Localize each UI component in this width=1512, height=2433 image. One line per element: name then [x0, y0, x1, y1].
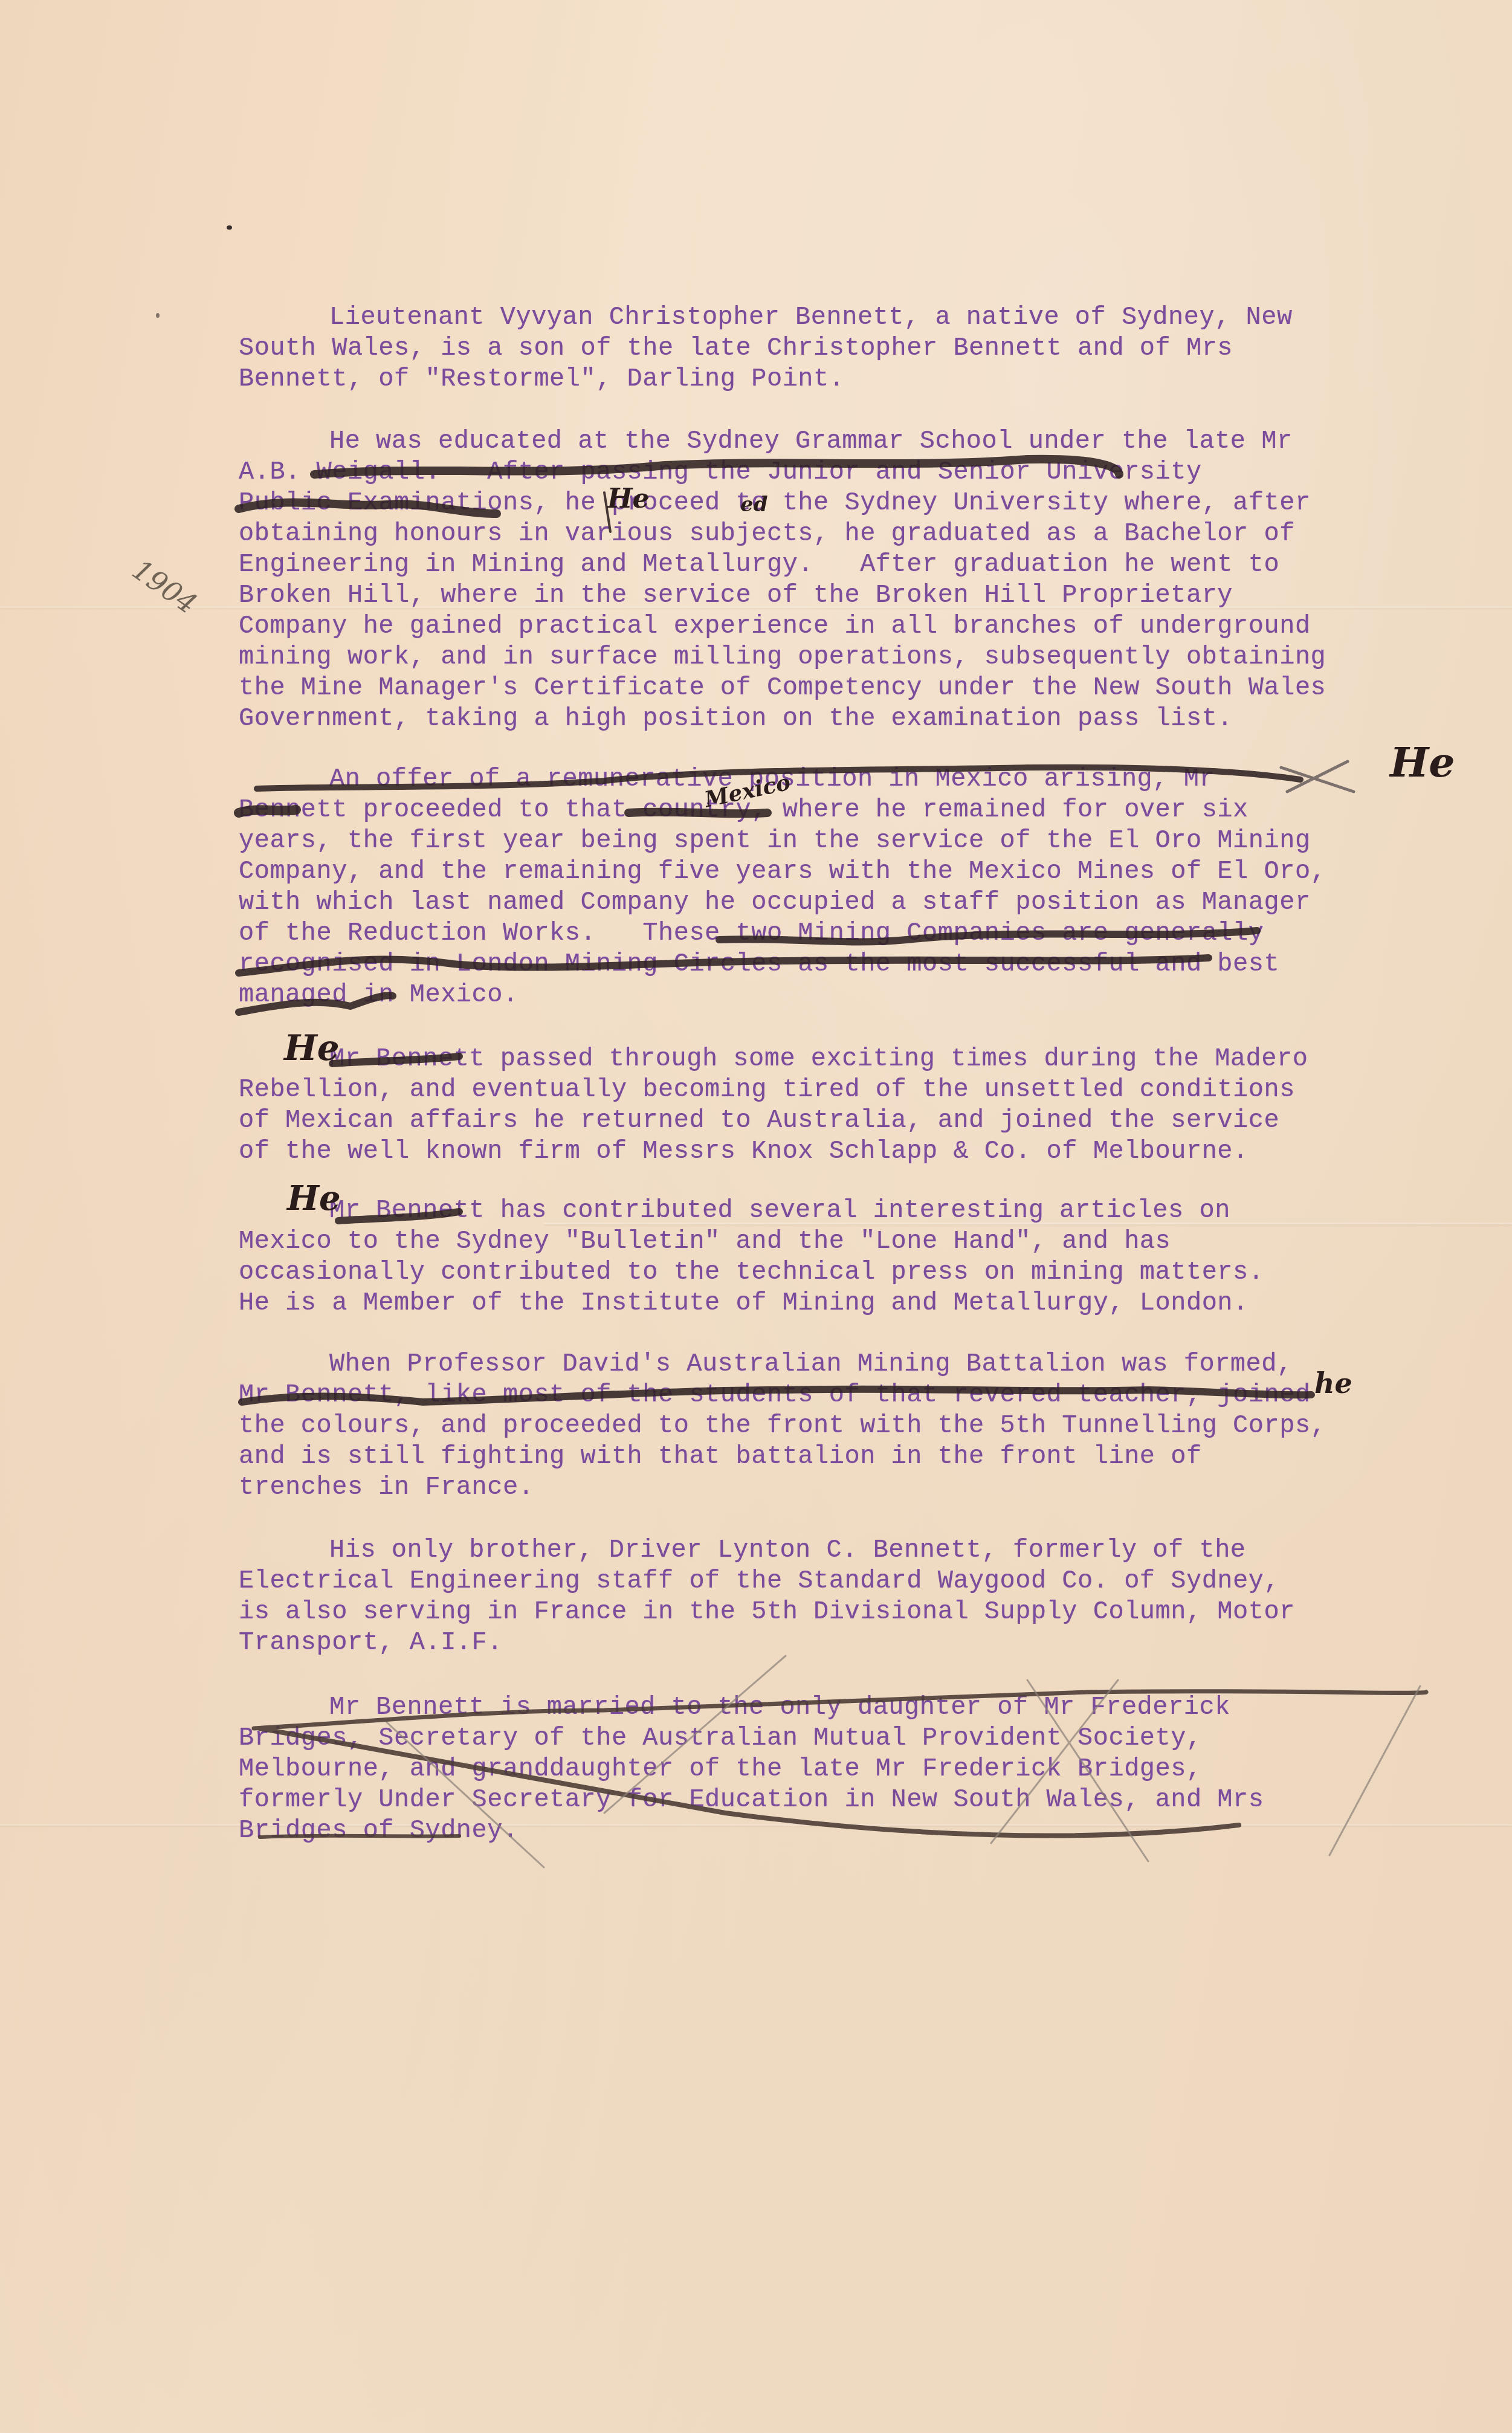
text-line: Broken Hill, where in the service of the… [239, 580, 1233, 611]
text-line: Rebellion, and eventually becoming tired… [239, 1074, 1295, 1105]
text-line: He was educated at the Sydney Grammar Sc… [329, 426, 1293, 457]
handwritten-insertion: He [287, 1178, 341, 1218]
text-line: Mr Bennett, like most of the students of… [239, 1380, 1311, 1410]
text-line: Mexico to the Sydney "Bulletin" and the … [239, 1226, 1171, 1257]
text-line: Bennett, of "Restormel", Darling Point. [239, 364, 844, 395]
text-line: with which last named Company he occupie… [239, 887, 1311, 918]
text-line: and is still fighting with that battalio… [239, 1441, 1202, 1472]
text-line: of the well known firm of Messrs Knox Sc… [239, 1136, 1249, 1167]
handwritten-insertion: He [1390, 738, 1455, 787]
text-line: Lieutenant Vyvyan Christopher Bennett, a… [329, 302, 1293, 333]
text-line: A.B. Weigall. After passing the Junior a… [239, 457, 1202, 488]
fold-crease [0, 1824, 1512, 1826]
text-line: trenches in France. [239, 1472, 534, 1503]
handwritten-insertion: He [607, 483, 650, 514]
text-line: When Professor David's Australian Mining… [329, 1349, 1293, 1380]
text-line: Melbourne, and granddaughter of the late… [239, 1754, 1202, 1785]
handwritten-insertion: he [1314, 1367, 1352, 1400]
text-line: He is a Member of the Institute of Minin… [239, 1288, 1249, 1319]
text-line: Electrical Engineering staff of the Stan… [239, 1566, 1279, 1597]
text-line: of Mexican affairs he returned to Austra… [239, 1105, 1279, 1136]
ink-speck [227, 225, 232, 230]
text-line: Mr Bennett passed through some exciting … [329, 1044, 1308, 1074]
text-line: Government, taking a high position on th… [239, 703, 1233, 734]
ink-speck [156, 313, 160, 318]
text-line: the colours, and proceeded to the front … [239, 1410, 1326, 1441]
text-line: the Mine Manager's Certificate of Compet… [239, 673, 1326, 703]
text-line: Public Examinations, he proceed to the S… [239, 488, 1311, 519]
text-line: His only brother, Driver Lynton C. Benne… [329, 1535, 1246, 1566]
handwritten-insertion: He [284, 1027, 340, 1068]
text-line: years, the first year being spent in the… [239, 826, 1311, 856]
text-line: formerly Under Secretary for Education i… [239, 1785, 1264, 1815]
text-line: South Wales, is a son of the late Christ… [239, 333, 1233, 364]
handwritten-insertion: ed [740, 493, 767, 517]
text-line: mining work, and in surface milling oper… [239, 642, 1326, 673]
text-line: obtaining honours in various subjects, h… [239, 519, 1295, 549]
text-line: Company, and the remaining five years wi… [239, 856, 1326, 887]
text-line: Bridges, Secretary of the Australian Mut… [239, 1723, 1202, 1754]
text-line: managed in Mexico. [239, 980, 519, 1010]
text-line: Transport, A.I.F. [239, 1627, 503, 1658]
text-line: Bridges of Sydney. [239, 1815, 519, 1846]
text-line: Engineering in Mining and Metallurgy. Af… [239, 549, 1279, 580]
text-line: Mr Bennett has contributed several inter… [329, 1195, 1230, 1226]
text-line: occasionally contributed to the technica… [239, 1257, 1264, 1288]
text-line: recognised in London Mining Circles as t… [239, 949, 1279, 980]
text-line: Mr Bennett is married to the only daught… [329, 1692, 1230, 1723]
text-line: Company he gained practical experience i… [239, 611, 1311, 642]
text-line: of the Reduction Works. These two Mining… [239, 918, 1264, 949]
text-line: is also serving in France in the 5th Div… [239, 1597, 1295, 1627]
